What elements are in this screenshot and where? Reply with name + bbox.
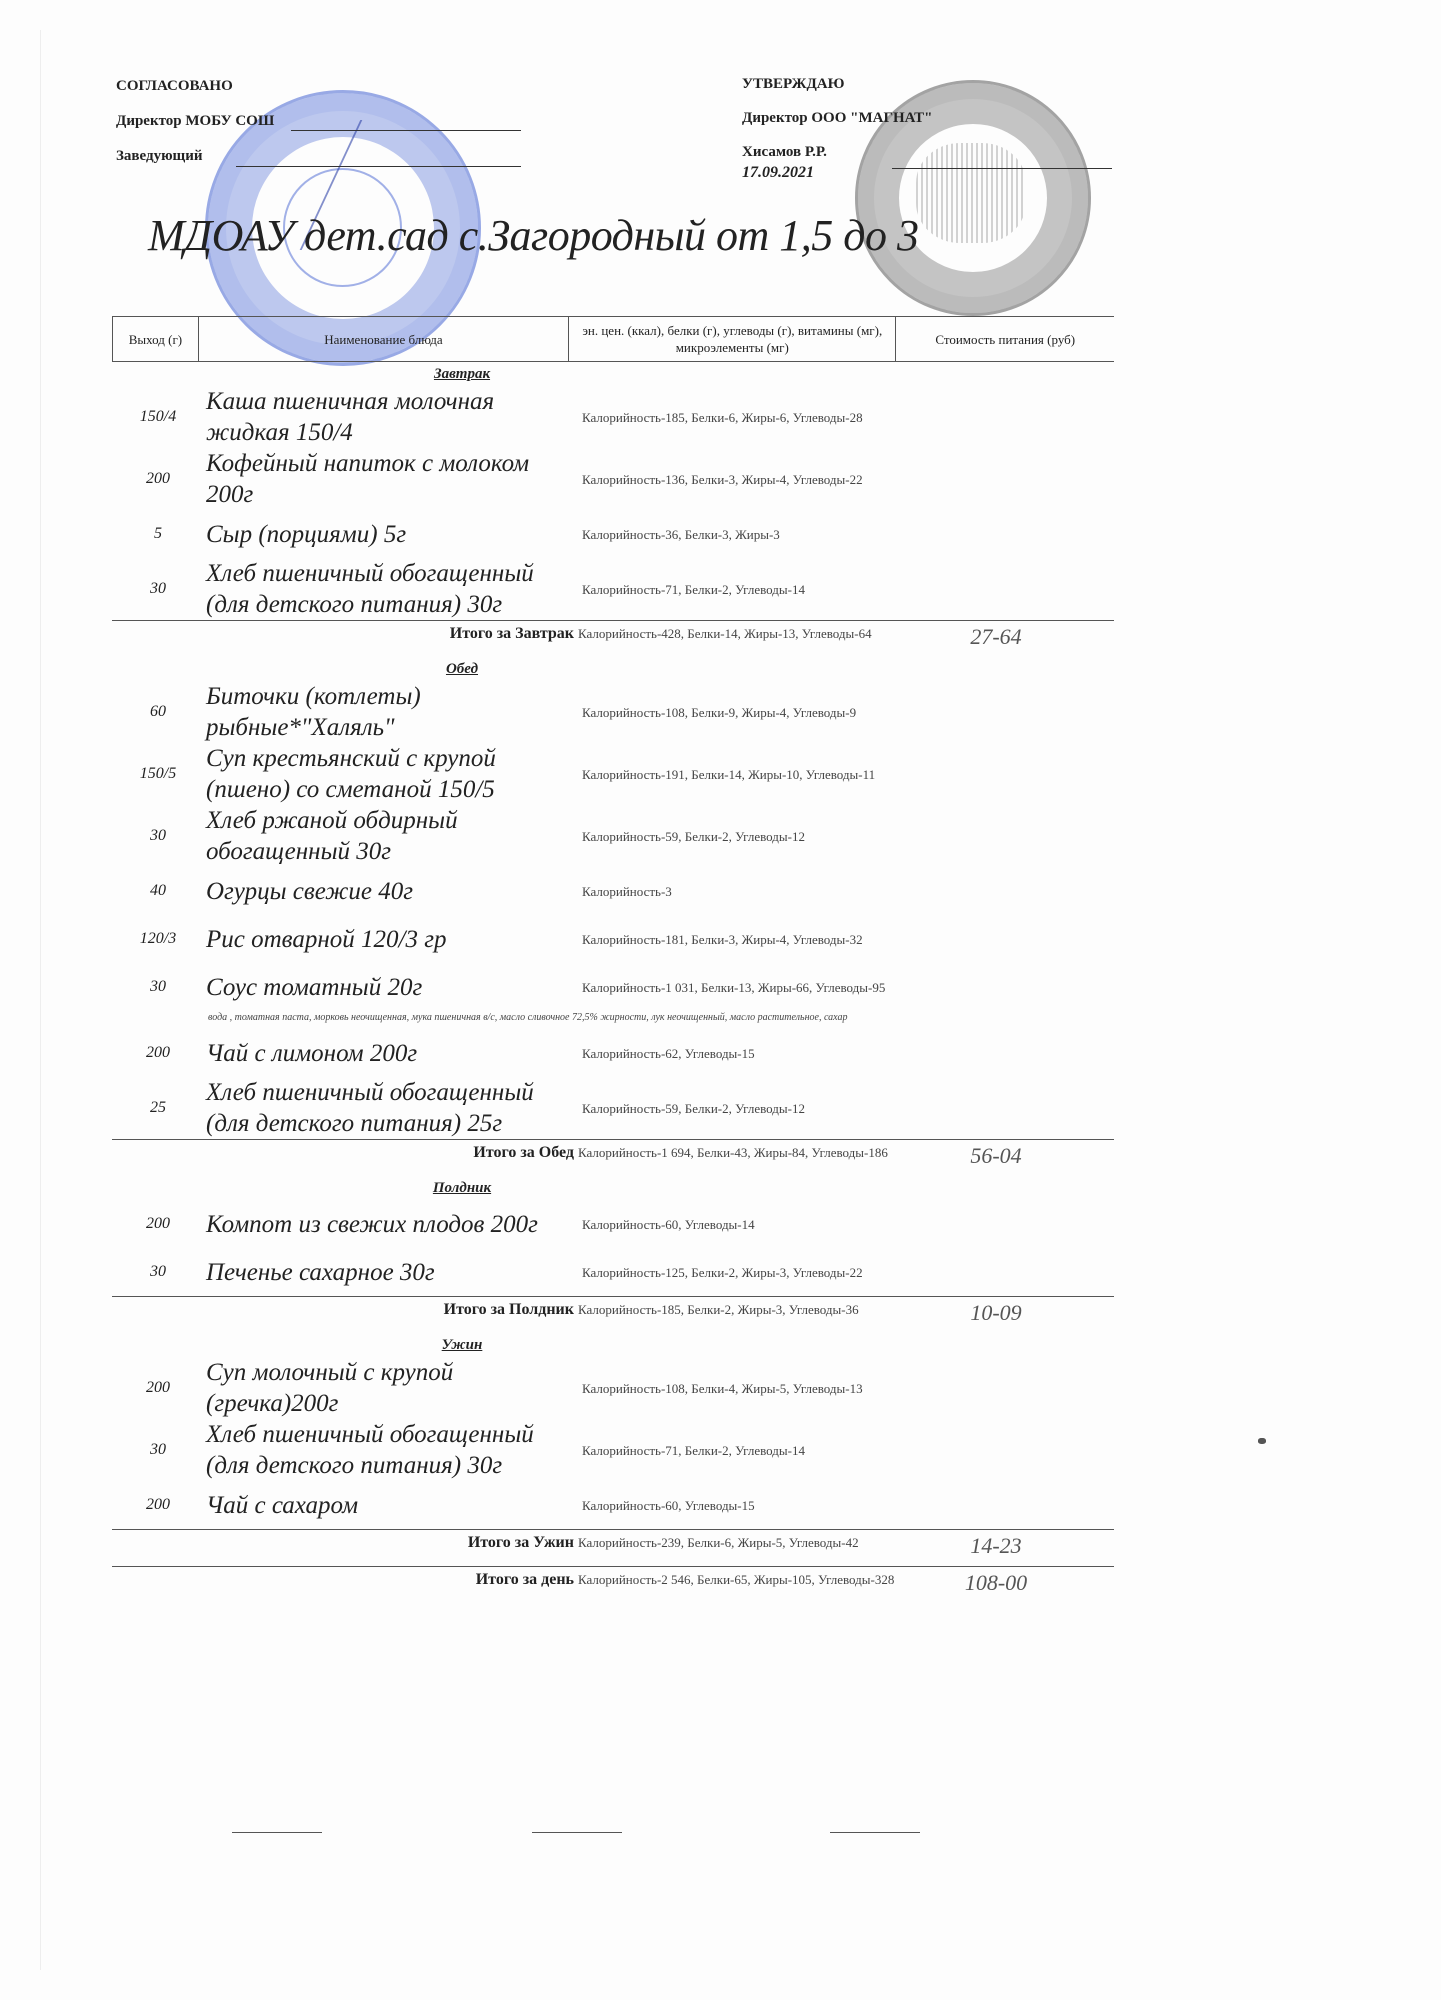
dish-yield: 200 [112, 1496, 204, 1514]
section-total-nutrition: Калорийность-1 694, Белки-43, Жиры-84, У… [574, 1144, 896, 1161]
section-title: Полдник [112, 1176, 812, 1200]
section-title: Обед [112, 657, 812, 681]
dish-yield: 150/4 [112, 408, 204, 426]
meal-section: Обед60Биточки (котлеты) рыбные*"Халяль"К… [112, 657, 1114, 1168]
dish-nutrition: Калорийность-36, Белки-3, Жиры-3 [576, 526, 900, 543]
dish-yield: 30 [112, 580, 204, 598]
dish-nutrition: Калорийность-60, Углеводы-15 [576, 1497, 900, 1514]
table-row: 30Печенье сахарное 30гКалорийность-125, … [112, 1248, 1114, 1296]
dish-yield: 40 [112, 882, 204, 900]
signature-line [236, 166, 521, 167]
dish-name: Кофейный напиток с молоком 200г [204, 448, 576, 510]
day-total-label: Итого за день [112, 1571, 574, 1589]
section-total-cost: 27-64 [896, 625, 1096, 649]
dish-nutrition: Калорийность-60, Углеводы-14 [576, 1216, 900, 1233]
table-row: 25Хлеб пшеничный обогащенный (для детско… [112, 1077, 1114, 1139]
dish-nutrition: Калорийность-59, Белки-2, Углеводы-12 [576, 1100, 900, 1117]
footer-line [232, 1832, 322, 1833]
menu-document: СОГЛАСОВАНО Директор МОБУ СОШ Заведующий… [0, 0, 1441, 2000]
dish-nutrition: Калорийность-125, Белки-2, Жиры-3, Углев… [576, 1264, 900, 1281]
table-row: 200Компот из свежих плодов 200гКалорийно… [112, 1200, 1114, 1248]
approval-heading: УТВЕРЖДАЮ [742, 76, 933, 110]
approval-block-right: УТВЕРЖДАЮ Директор ООО "МАГНАТ" Хисамов … [742, 76, 933, 198]
section-total-label: Итого за Завтрак [112, 625, 574, 643]
dish-name: Суп крестьянский с крупой (пшено) со сме… [204, 743, 576, 805]
scan-speck [1258, 1438, 1266, 1444]
section-total-cost: 10-09 [896, 1301, 1096, 1325]
section-total-nutrition: Калорийность-239, Белки-6, Жиры-5, Углев… [574, 1534, 896, 1551]
section-total-label: Итого за Обед [112, 1144, 574, 1162]
section-total-nutrition: Калорийность-185, Белки-2, Жиры-3, Углев… [574, 1301, 896, 1318]
section-title: Завтрак [112, 362, 812, 386]
day-total-nutrition: Калорийность-2 546, Белки-65, Жиры-105, … [574, 1571, 896, 1588]
header-name: Наименование блюда [199, 317, 569, 361]
table-row: 30Соус томатный 20гКалорийность-1 031, Б… [112, 963, 1114, 1011]
table-header: Выход (г) Наименование блюда эн. цен. (к… [112, 316, 1114, 362]
approval-director: Директор МОБУ СОШ [116, 113, 274, 148]
section-total-row: Итого за ОбедКалорийность-1 694, Белки-4… [112, 1139, 1114, 1168]
dish-name: Рис отварной 120/3 гр [204, 924, 576, 955]
dish-name: Суп молочный с крупой (гречка)200г [204, 1357, 576, 1419]
header-cost: Стоимость питания (руб) [896, 317, 1114, 361]
day-total-cost: 108-00 [896, 1571, 1096, 1595]
dish-name: Компот из свежих плодов 200г [204, 1209, 576, 1240]
table-row: 150/4Каша пшеничная молочная жидкая 150/… [112, 386, 1114, 448]
table-row: 5Сыр (порциями) 5гКалорийность-36, Белки… [112, 510, 1114, 558]
section-total-label: Итого за Ужин [112, 1534, 574, 1552]
dish-yield: 5 [112, 525, 204, 543]
section-total-row: Итого за ПолдникКалорийность-185, Белки-… [112, 1296, 1114, 1325]
dish-nutrition: Калорийность-71, Белки-2, Углеводы-14 [576, 581, 900, 598]
dish-nutrition: Калорийность-62, Углеводы-15 [576, 1045, 900, 1062]
dish-name: Каша пшеничная молочная жидкая 150/4 [204, 386, 576, 448]
section-total-cost: 14-23 [896, 1534, 1096, 1558]
dish-nutrition: Калорийность-191, Белки-14, Жиры-10, Угл… [576, 766, 900, 783]
dish-yield: 60 [112, 703, 204, 721]
page-title: МДОАУ дет.сад с.Загородный от 1,5 до 3 [148, 210, 919, 261]
approval-heading: СОГЛАСОВАНО [116, 78, 274, 113]
meal-section: Ужин200Суп молочный с крупой (гречка)200… [112, 1333, 1114, 1558]
dish-nutrition: Калорийность-181, Белки-3, Жиры-4, Углев… [576, 931, 900, 948]
section-total-nutrition: Калорийность-428, Белки-14, Жиры-13, Угл… [574, 625, 896, 642]
table-row: 200Суп молочный с крупой (гречка)200гКал… [112, 1357, 1114, 1419]
table-row: 200Чай с сахаромКалорийность-60, Углевод… [112, 1481, 1114, 1529]
dish-yield: 150/5 [112, 765, 204, 783]
dish-nutrition: Калорийность-71, Белки-2, Углеводы-14 [576, 1442, 900, 1459]
dish-name: Чай с сахаром [204, 1490, 576, 1521]
table-row: 120/3Рис отварной 120/3 грКалорийность-1… [112, 915, 1114, 963]
header-yield: Выход (г) [112, 317, 199, 361]
table-row: 40Огурцы свежие 40гКалорийность-3 [112, 867, 1114, 915]
meal-section: Полдник200Компот из свежих плодов 200гКа… [112, 1176, 1114, 1325]
table-row: 200Чай с лимоном 200гКалорийность-62, Уг… [112, 1029, 1114, 1077]
approval-block-left: СОГЛАСОВАНО Директор МОБУ СОШ Заведующий [116, 78, 274, 183]
dish-nutrition: Калорийность-3 [576, 883, 900, 900]
table-row: 30Хлеб ржаной обдирный обогащенный 30гКа… [112, 805, 1114, 867]
dish-nutrition: Калорийность-136, Белки-3, Жиры-4, Углев… [576, 471, 900, 488]
dish-yield: 30 [112, 978, 204, 996]
dish-yield: 120/3 [112, 930, 204, 948]
section-title: Ужин [112, 1333, 812, 1357]
dish-name: Соус томатный 20г [204, 972, 576, 1003]
footer-line [830, 1832, 920, 1833]
dish-yield: 25 [112, 1099, 204, 1117]
dish-nutrition: Калорийность-59, Белки-2, Углеводы-12 [576, 828, 900, 845]
section-total-cost: 56-04 [896, 1144, 1096, 1168]
signature-line [892, 168, 1112, 169]
section-total-label: Итого за Полдник [112, 1301, 574, 1319]
table-row: 150/5Суп крестьянский с крупой (пшено) с… [112, 743, 1114, 805]
approval-date: 17.09.2021 [742, 164, 933, 198]
table-row: 200Кофейный напиток с молоком 200гКалори… [112, 448, 1114, 510]
dish-ingredients-note: вода , томатная паста, морковь неочищенн… [112, 1011, 848, 1025]
section-total-row: Итого за УжинКалорийность-239, Белки-6, … [112, 1529, 1114, 1558]
dish-nutrition: Калорийность-108, Белки-4, Жиры-5, Углев… [576, 1380, 900, 1397]
meal-section: Завтрак150/4Каша пшеничная молочная жидк… [112, 362, 1114, 649]
signature-line [291, 130, 521, 131]
header-nutrition: эн. цен. (ккал), белки (г), углеводы (г)… [569, 317, 896, 361]
footer-line [532, 1832, 622, 1833]
table-row: 60Биточки (котлеты) рыбные*"Халяль"Калор… [112, 681, 1114, 743]
dish-name: Биточки (котлеты) рыбные*"Халяль" [204, 681, 576, 743]
dish-nutrition: Калорийность-185, Белки-6, Жиры-6, Углев… [576, 409, 900, 426]
dish-name: Хлеб ржаной обдирный обогащенный 30г [204, 805, 576, 867]
section-total-row: Итого за ЗавтракКалорийность-428, Белки-… [112, 620, 1114, 649]
table-row: 30Хлеб пшеничный обогащенный (для детско… [112, 1419, 1114, 1481]
dish-name: Хлеб пшеничный обогащенный (для детского… [204, 1419, 576, 1481]
dish-name: Огурцы свежие 40г [204, 876, 576, 907]
approval-director: Директор ООО "МАГНАТ" [742, 110, 933, 144]
dish-yield: 30 [112, 1441, 204, 1459]
scan-edge [40, 30, 41, 1970]
dish-nutrition: Калорийность-108, Белки-9, Жиры-4, Углев… [576, 704, 900, 721]
dish-name: Хлеб пшеничный обогащенный (для детского… [204, 558, 576, 620]
dish-name: Чай с лимоном 200г [204, 1038, 576, 1069]
dish-yield: 30 [112, 827, 204, 845]
dish-name: Печенье сахарное 30г [204, 1257, 576, 1288]
dish-yield: 200 [112, 1379, 204, 1397]
day-total-row: Итого за деньКалорийность-2 546, Белки-6… [112, 1566, 1114, 1595]
dish-name: Хлеб пшеничный обогащенный (для детского… [204, 1077, 576, 1139]
dish-yield: 200 [112, 1044, 204, 1062]
dish-nutrition: Калорийность-1 031, Белки-13, Жиры-66, У… [576, 979, 900, 996]
dish-yield: 30 [112, 1263, 204, 1281]
dish-name: Сыр (порциями) 5г [204, 519, 576, 550]
dish-yield: 200 [112, 1215, 204, 1233]
menu-table-body: Завтрак150/4Каша пшеничная молочная жидк… [112, 362, 1114, 1603]
table-row: 30Хлеб пшеничный обогащенный (для детско… [112, 558, 1114, 620]
dish-yield: 200 [112, 470, 204, 488]
